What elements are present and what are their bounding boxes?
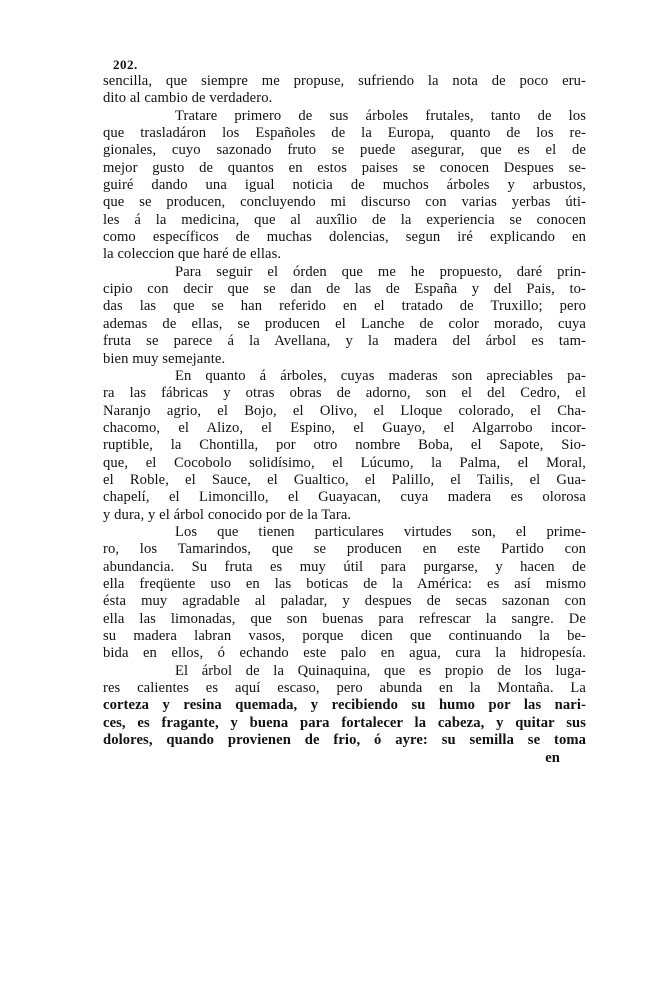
paragraph-fruit-trees: Tratare primero de sus árboles frutales,…: [103, 108, 586, 264]
text-line: como específicos de muchas dolencias, se…: [103, 229, 586, 246]
text-line: que se producen, concluyendo mi discurso…: [103, 194, 586, 211]
text-line: En quanto á árboles, cuyas maderas son a…: [103, 368, 586, 385]
text-line: y dura, y el árbol conocido por de la Ta…: [103, 507, 586, 524]
text-line: sencilla, que siempre me propuse, sufrie…: [103, 73, 586, 90]
text-line: fruta se parece á la Avellana, y la made…: [103, 333, 586, 350]
text-line: ésta muy agradable al paladar, y despues…: [103, 593, 586, 610]
page-number: 202.: [103, 56, 586, 73]
text-line: ra las fábricas y otras obras de adorno,…: [103, 385, 586, 402]
paragraph-tamarinds: Los que tienen particulares virtudes son…: [103, 524, 586, 663]
text-line: abundancia. Su fruta es muy útil para pu…: [103, 559, 586, 576]
paragraph-timber-trees: En quanto á árboles, cuyas maderas son a…: [103, 368, 586, 524]
text-line: Para seguir el órden que me he propuesto…: [103, 264, 586, 281]
text-line: chapelí, el Limoncillo, el Guayacan, cuy…: [103, 489, 586, 506]
text-line: ella las limonadas, que son buenas para …: [103, 611, 586, 628]
text-line: Tratare primero de sus árboles frutales,…: [103, 108, 586, 125]
text-line: ro, los Tamarindos, que se producen en e…: [103, 541, 586, 558]
paragraph-quinaquina: El árbol de la Quinaquina, que es propio…: [103, 663, 586, 750]
text-line: guiré dando una igual noticia de muchos …: [103, 177, 586, 194]
text-line: das las que se han referido en el tratad…: [103, 298, 586, 315]
text-line: dito al cambio de verdadero.: [103, 90, 586, 107]
text-line: El árbol de la Quinaquina, que es propio…: [103, 663, 586, 680]
text-line: les á la medicina, que al auxîlio de la …: [103, 212, 586, 229]
text-line: que, el Cocobolo solidísimo, el Lúcumo, …: [103, 455, 586, 472]
text-line: dolores, quando provienen de frio, ó ayr…: [103, 732, 586, 749]
text-line: ademas de ellas, se producen el Lanche d…: [103, 316, 586, 333]
text-line: chacomo, el Alizo, el Espino, el Guayo, …: [103, 420, 586, 437]
text-line: Los que tienen particulares virtudes son…: [103, 524, 586, 541]
text-line: cipio con decir que se dan de las de Esp…: [103, 281, 586, 298]
book-page: 202. sencilla, que siempre me propuse, s…: [103, 56, 586, 767]
text-line: Naranjo agrio, el Bojo, el Olivo, el Llo…: [103, 403, 586, 420]
text-line: que trasladáron los Españoles de la Euro…: [103, 125, 586, 142]
text-line: bida en ellos, ó echando este palo en ag…: [103, 645, 586, 662]
text-line: mejor gusto de quantos en estos paises s…: [103, 160, 586, 177]
catchword: en: [103, 750, 586, 767]
text-line: res calientes es aquí escaso, pero abund…: [103, 680, 586, 697]
text-line: corteza y resina quemada, y recibiendo s…: [103, 697, 586, 714]
text-line: el Roble, el Sauce, el Gualtico, el Pali…: [103, 472, 586, 489]
text-line: ces, es fragante, y buena para fortalece…: [103, 715, 586, 732]
paragraph-spain-and-country: Para seguir el órden que me he propuesto…: [103, 264, 586, 368]
paragraph-continuation: sencilla, que siempre me propuse, sufrie…: [103, 73, 586, 108]
text-line: ruptible, la Chontilla, por otro nombre …: [103, 437, 586, 454]
text-line: ella freqüente uso en las boticas de la …: [103, 576, 586, 593]
text-line: gionales, cuyo sazonado fruto se puede a…: [103, 142, 586, 159]
text-line: la coleccion que haré de ellas.: [103, 246, 586, 263]
text-line: bien muy semejante.: [103, 351, 586, 368]
text-line: su madera labran vasos, porque dicen que…: [103, 628, 586, 645]
